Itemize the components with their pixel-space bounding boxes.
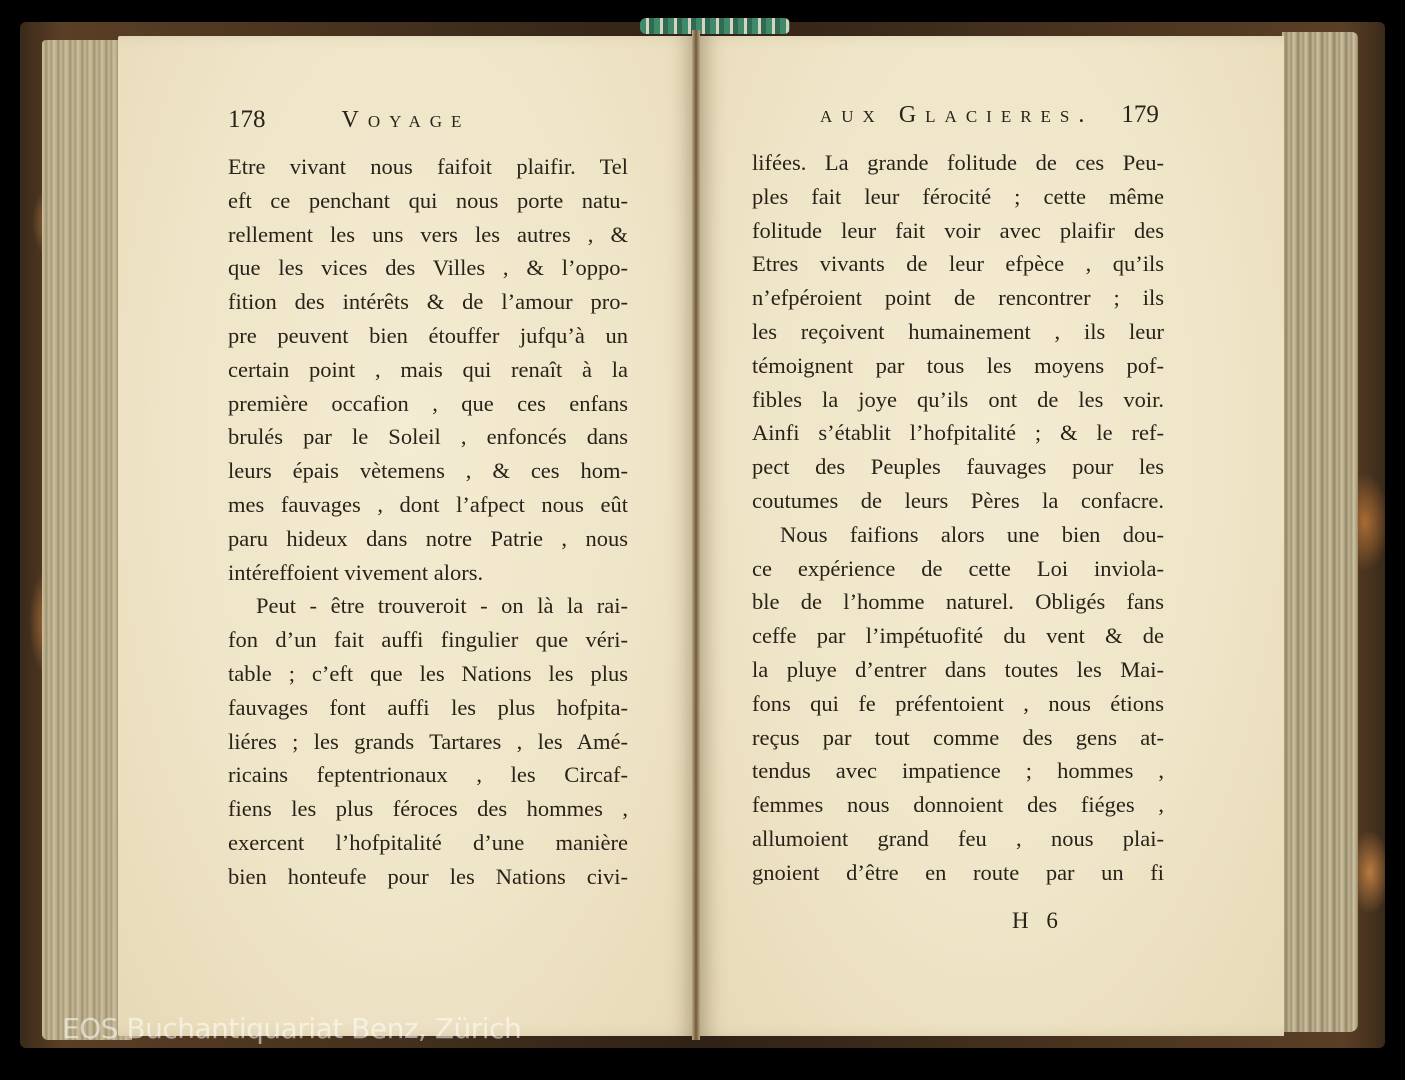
text-line: Peut - être trouveroit - on là la rai- xyxy=(228,589,628,623)
right-running-title: aux Glacieres. xyxy=(820,102,1093,128)
text-line: leurs épais vètemens , & ces hom- xyxy=(228,454,628,488)
text-line: folitude leur fait voir avec plaifir des xyxy=(752,214,1164,248)
text-line: ce expérience de cette Loi inviola- xyxy=(752,552,1164,586)
text-line: reçus par tout comme des gens at- xyxy=(752,721,1164,755)
text-line: tendus avec impatience ; hommes , xyxy=(752,754,1164,788)
text-line: Nous faifions alors une bien dou- xyxy=(752,518,1164,552)
left-page-number: 178 xyxy=(228,106,266,133)
text-line: que les vices des Villes , & l’oppo- xyxy=(228,251,628,285)
text-line: n’efpéroient point de rencontrer ; ils xyxy=(752,281,1164,315)
text-line: la pluye d’entrer dans toutes les Mai- xyxy=(752,653,1164,687)
text-line: bien honteufe pour les Nations civi- xyxy=(228,860,628,894)
text-line: témoignent par tous les moyens pof- xyxy=(752,349,1164,383)
text-line: fauvages font auffi les plus hofpita- xyxy=(228,691,628,725)
text-line: femmes nous donnoient des fiéges , xyxy=(752,788,1164,822)
text-line: pect des Peuples fauvages pour les xyxy=(752,450,1164,484)
text-line: brulés par le Soleil , enfoncés dans xyxy=(228,420,628,454)
text-line: ble de l’homme naturel. Obligés fans xyxy=(752,585,1164,619)
text-line: table ; c’eft que les Nations les plus xyxy=(228,657,628,691)
text-line: ricains feptentrionaux , les Circaf- xyxy=(228,758,628,792)
text-line: rellement les uns vers les autres , & xyxy=(228,218,628,252)
text-line: paru hideux dans notre Patrie , nous xyxy=(228,522,628,556)
text-line: pre peuvent bien étouffer jufqu’à un xyxy=(228,319,628,353)
text-line: première occafion , que ces enfans xyxy=(228,387,628,421)
text-line: Ainfi s’établit l’hofpitalité ; & le ref… xyxy=(752,416,1164,450)
text-line: intéreffoient vivement alors. xyxy=(228,556,628,590)
page-edges-right xyxy=(1282,32,1358,1032)
left-page-text: Etre vivant nous faifoit plaifir. Tel ef… xyxy=(228,150,628,894)
text-line: ples fait leur férocité ; cette même xyxy=(752,180,1164,214)
text-line: ceffe par l’impétuofité du vent & de xyxy=(752,619,1164,653)
right-page-number: 179 xyxy=(1121,101,1159,128)
headband xyxy=(640,18,790,34)
right-page-text: lifées. La grande folitude de ces Peu- p… xyxy=(752,146,1164,890)
left-running-head: 178 Voyage xyxy=(228,106,470,134)
watermark: EOS Buchantiquariat Benz, Zürich xyxy=(62,1012,521,1045)
text-line: allumoient grand feu , nous plai- xyxy=(752,822,1164,856)
text-line: coutumes de leurs Pères la confacre. xyxy=(752,484,1164,518)
left-running-title: Voyage xyxy=(342,107,471,133)
text-line: mes fauvages , dont l’afpect nous eût xyxy=(228,488,628,522)
text-line: fon d’un fait auffi fingulier que véri- xyxy=(228,623,628,657)
text-line: les reçoivent humainement , ils leur xyxy=(752,315,1164,349)
book-gutter xyxy=(692,30,700,1040)
text-line: liéres ; les grands Tartares , les Amé- xyxy=(228,725,628,759)
text-line: fons qui fe préfentoient , nous étions xyxy=(752,687,1164,721)
text-line: fibles la joye qu’ils ont de les voir. xyxy=(752,383,1164,417)
text-line: Etres vivants de leur efpèce , qu’ils xyxy=(752,247,1164,281)
signature-mark: H 6 xyxy=(1012,908,1064,934)
text-line: gnoient d’être en route par un fi xyxy=(752,856,1164,890)
right-running-head: aux Glacieres. 179 xyxy=(820,101,1159,129)
text-line: exercent l’hofpitalité d’une manière xyxy=(228,826,628,860)
text-line: Etre vivant nous faifoit plaifir. Tel xyxy=(228,150,628,184)
text-line: eft ce penchant qui nous porte natu- xyxy=(228,184,628,218)
text-line: certain point , mais qui renaît à la xyxy=(228,353,628,387)
text-line: lifées. La grande folitude de ces Peu- xyxy=(752,146,1164,180)
text-line: fiens les plus féroces des hommes , xyxy=(228,792,628,826)
text-line: fition des intérêts & de l’amour pro- xyxy=(228,285,628,319)
